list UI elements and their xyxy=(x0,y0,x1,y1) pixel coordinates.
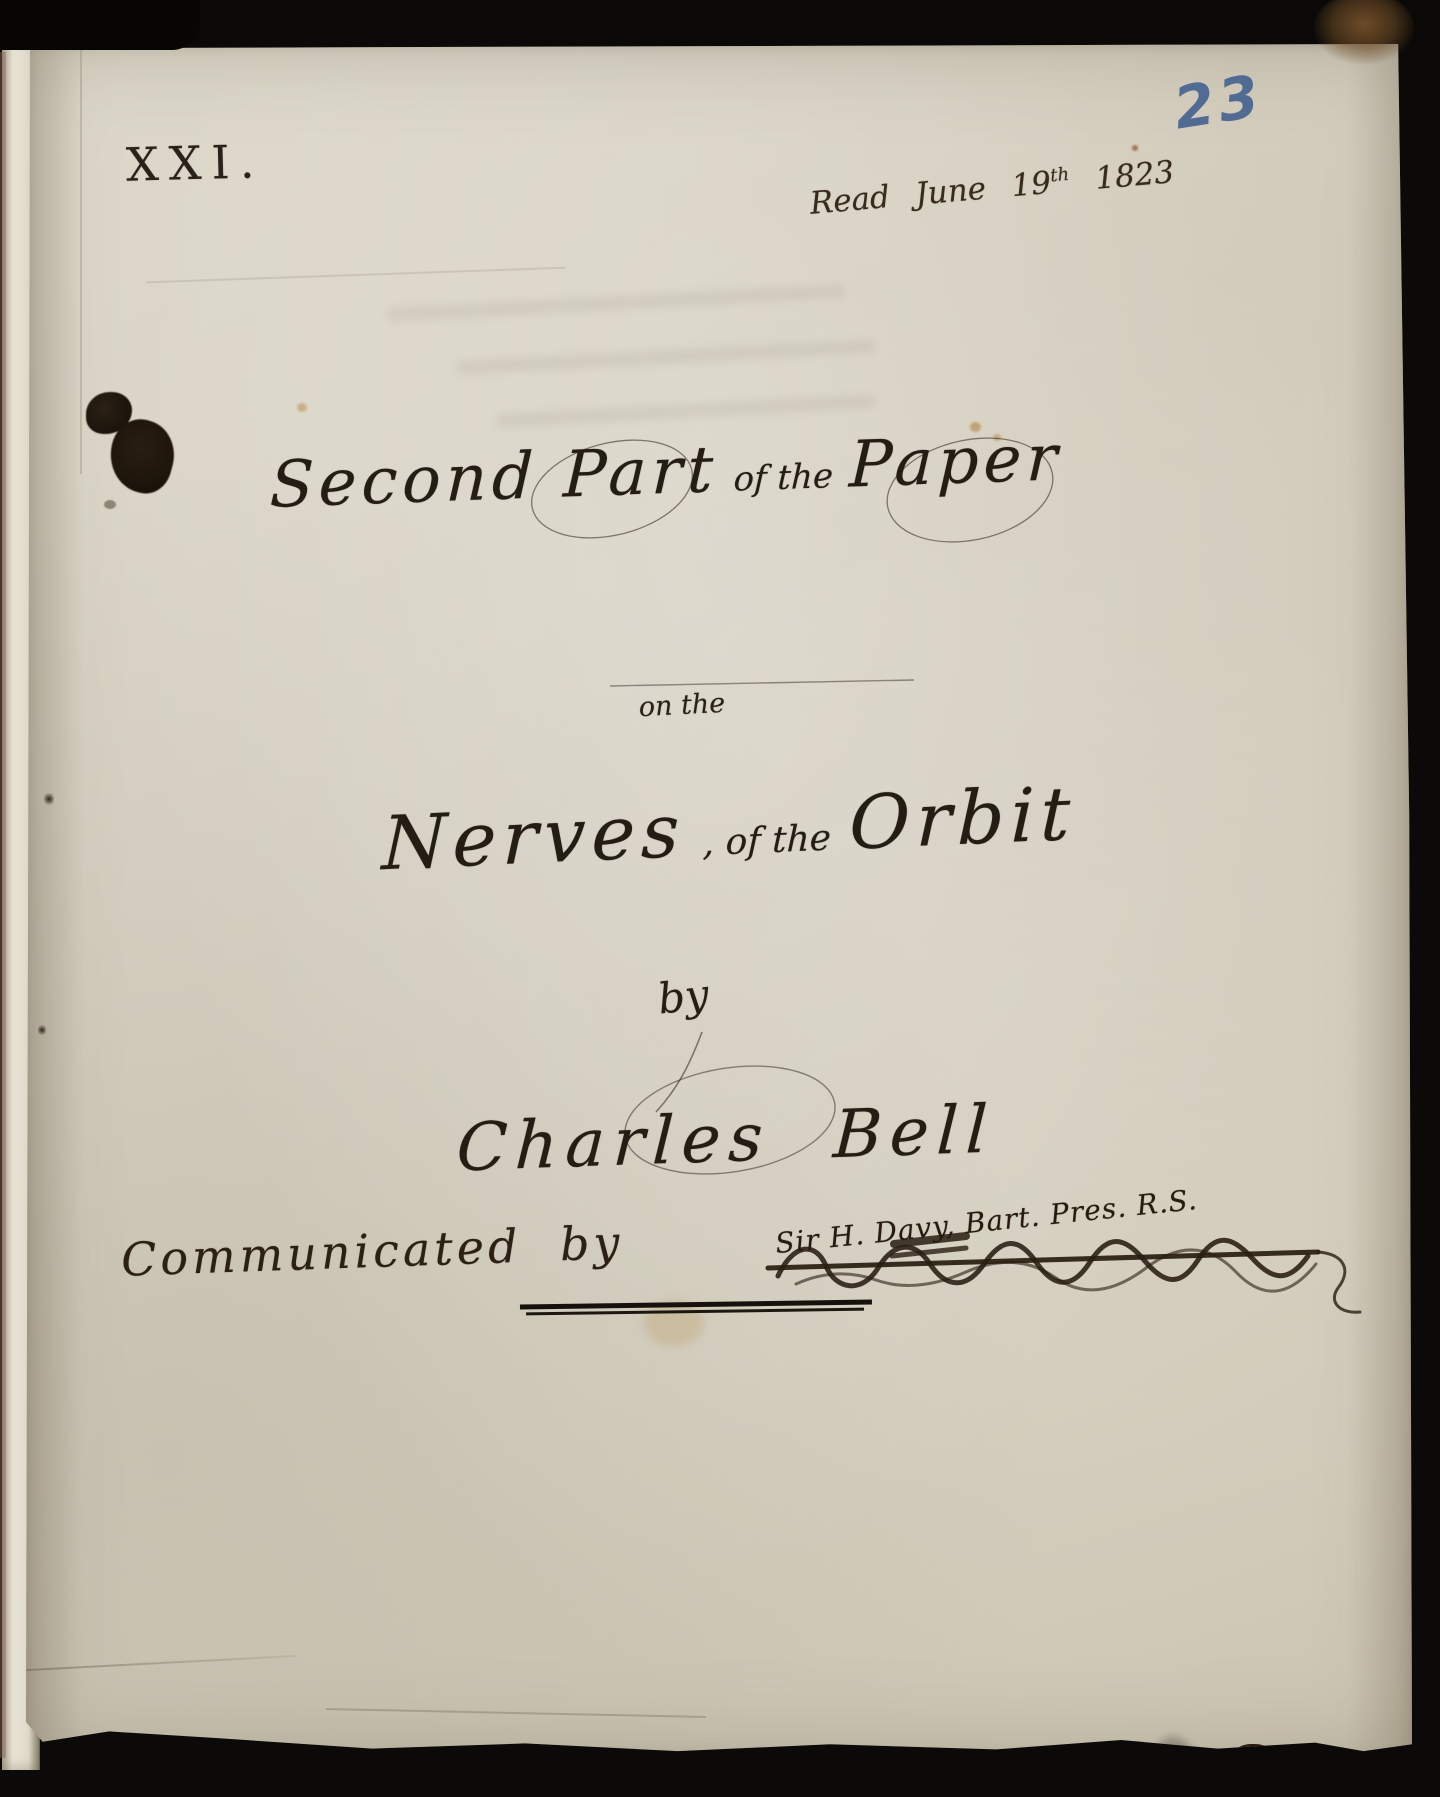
title-line-1: Second Partof thePaper xyxy=(195,424,1137,521)
ink-blot-speck xyxy=(104,500,116,509)
sewing-notch xyxy=(44,792,54,806)
manuscript-page: XXI. 23 Read June 19th 1823 Second Parto… xyxy=(26,44,1412,1758)
read-date-superscript: th xyxy=(1049,164,1070,187)
top-left-black-tab xyxy=(0,0,200,50)
crease-line xyxy=(146,267,566,284)
crease-line xyxy=(26,1655,296,1671)
title-line-2-lead: Nerves xyxy=(381,788,686,887)
title-line-2: Nerves, of theOrbit xyxy=(253,771,1204,887)
read-date-text: Read June 19 xyxy=(808,165,1052,222)
bottom-ink-stain xyxy=(1226,1744,1282,1797)
fox-spot xyxy=(1132,145,1138,151)
byline-word: by xyxy=(656,969,711,1023)
photograph-background: XXI. 23 Read June 19th 1823 Second Parto… xyxy=(0,0,1440,1797)
flourish-descender xyxy=(656,1032,702,1112)
author-name: Charles Bell xyxy=(344,1087,1108,1191)
show-through-mark xyxy=(386,284,846,322)
title-line-1-small: of the xyxy=(717,456,850,501)
read-date-year: 1823 xyxy=(1068,154,1175,199)
sewing-notch xyxy=(38,1024,46,1036)
binding-edge-sliver xyxy=(0,52,6,1758)
double-underline xyxy=(520,1300,872,1317)
top-black-border xyxy=(0,0,1440,44)
communicator-insertion: Sir H. Davy, Bart. Pres. R.S. xyxy=(774,1173,1295,1260)
pencil-page-number: 23 xyxy=(1169,61,1267,142)
show-through-mark xyxy=(456,339,876,375)
crease-line xyxy=(326,1708,706,1718)
top-right-corner-stain xyxy=(1314,0,1414,64)
series-numeral: XXI. xyxy=(125,134,265,192)
title-line-1-lead: Second Part xyxy=(269,433,720,523)
title-line-1-tail: Paper xyxy=(848,421,1063,503)
title-interline: on the xyxy=(591,685,772,725)
ink-blot xyxy=(84,390,194,530)
show-through-mark xyxy=(496,394,876,428)
bottom-smudge xyxy=(1148,1732,1204,1797)
bottom-ink-stain xyxy=(1274,1752,1314,1797)
title-line-2-small: , of the xyxy=(684,817,849,865)
read-date-note: Read June 19th 1823 xyxy=(751,149,1232,227)
title-line-2-tail: Orbit xyxy=(848,771,1077,867)
fold-line-vertical xyxy=(80,44,82,474)
fox-spot xyxy=(297,403,307,412)
communicated-by-line: Communicated by xyxy=(120,1215,624,1287)
